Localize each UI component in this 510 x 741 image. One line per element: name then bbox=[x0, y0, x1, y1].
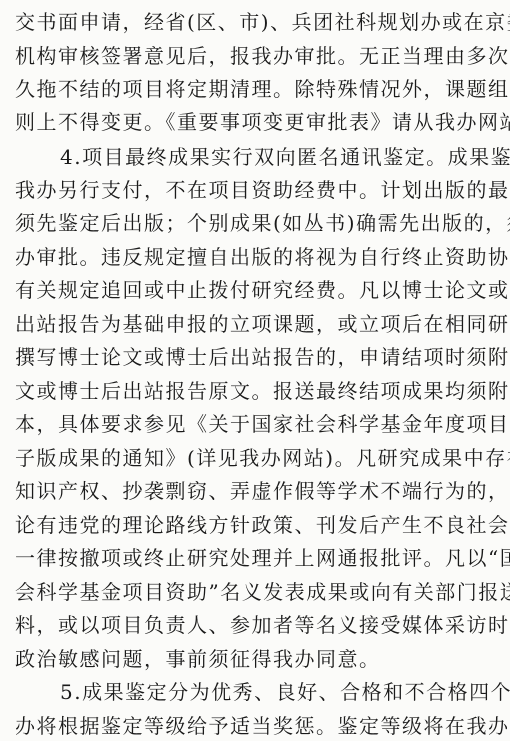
text-line: 知识产权、抄袭剽窃、弄虚作假等学术不端行为的，或观点结 bbox=[15, 476, 503, 506]
text-line: 久拖不结的项目将定期清理。除特殊情况外，课题组成员原 bbox=[15, 74, 503, 104]
text-line: 论有违党的理论路线方针政策、刊发后产生不良社会影响的， bbox=[15, 510, 503, 540]
text-line: 有关规定追回或中止拨付研究经费。凡以博士论文或博士后 bbox=[15, 275, 503, 305]
text-line: 出站报告为基础申报的立项课题，或立项后在相同研究方向 bbox=[15, 309, 503, 339]
text-line: 一律按撤项或终止研究处理并上网通报批评。凡以“国家社 bbox=[15, 543, 503, 573]
text-line: 则上不得变更。《重要事项变更审批表》请从我办网站下载。 bbox=[15, 107, 503, 137]
text-line: 子版成果的通知》(详见我办网站)。凡研究成果中存在侵犯 bbox=[15, 443, 503, 473]
paragraph-4-end: 政治敏感问题，事前须征得我办同意。 bbox=[15, 644, 503, 674]
text-line: 办审批。违反规定擅自出版的将视为自行终止资助协议，按 bbox=[15, 242, 503, 272]
paragraph-5-start: 5.成果鉴定分为优秀、良好、合格和不合格四个等级。我 bbox=[60, 677, 503, 707]
text-line: 须先鉴定后出版；个别成果(如丛书)确需先出版的，须报我 bbox=[15, 208, 503, 238]
text-line: 办将根据鉴定等级给予适当奖惩。鉴定等级将在我办网站予 bbox=[15, 711, 503, 741]
text-line: 文或博士后出站报告原文。报送最终结项成果均须附电子文 bbox=[15, 376, 503, 406]
text-line: 撰写博士论文或博士后出站报告的，申请结项时须附博士论 bbox=[15, 342, 503, 372]
text-line: 本，具体要求参见《关于国家社会科学基金年度项目报送电 bbox=[15, 409, 503, 439]
paragraph-4-start: 4.项目最终成果实行双向匿名通讯鉴定。成果鉴定费由 bbox=[60, 142, 503, 172]
text-line: 机构审核签署意见后，报我办审批。无正当理由多次延期或 bbox=[15, 41, 503, 71]
document-page: 交书面申请，经省(区、市)、兵团社科规划办或在京委托管理 机构审核签署意见后，报… bbox=[0, 0, 510, 741]
text-line: 交书面申请，经省(区、市)、兵团社科规划办或在京委托管理 bbox=[15, 7, 503, 37]
text-line: 会科学基金项目资助”名义发表成果或向有关部门报送材 bbox=[15, 577, 503, 607]
text-line: 料，或以项目负责人、参加者等名义接受媒体采访时，若涉及 bbox=[15, 610, 503, 640]
text-line: 我办另行支付，不在项目资助经费中。计划出版的最终成果 bbox=[15, 175, 503, 205]
